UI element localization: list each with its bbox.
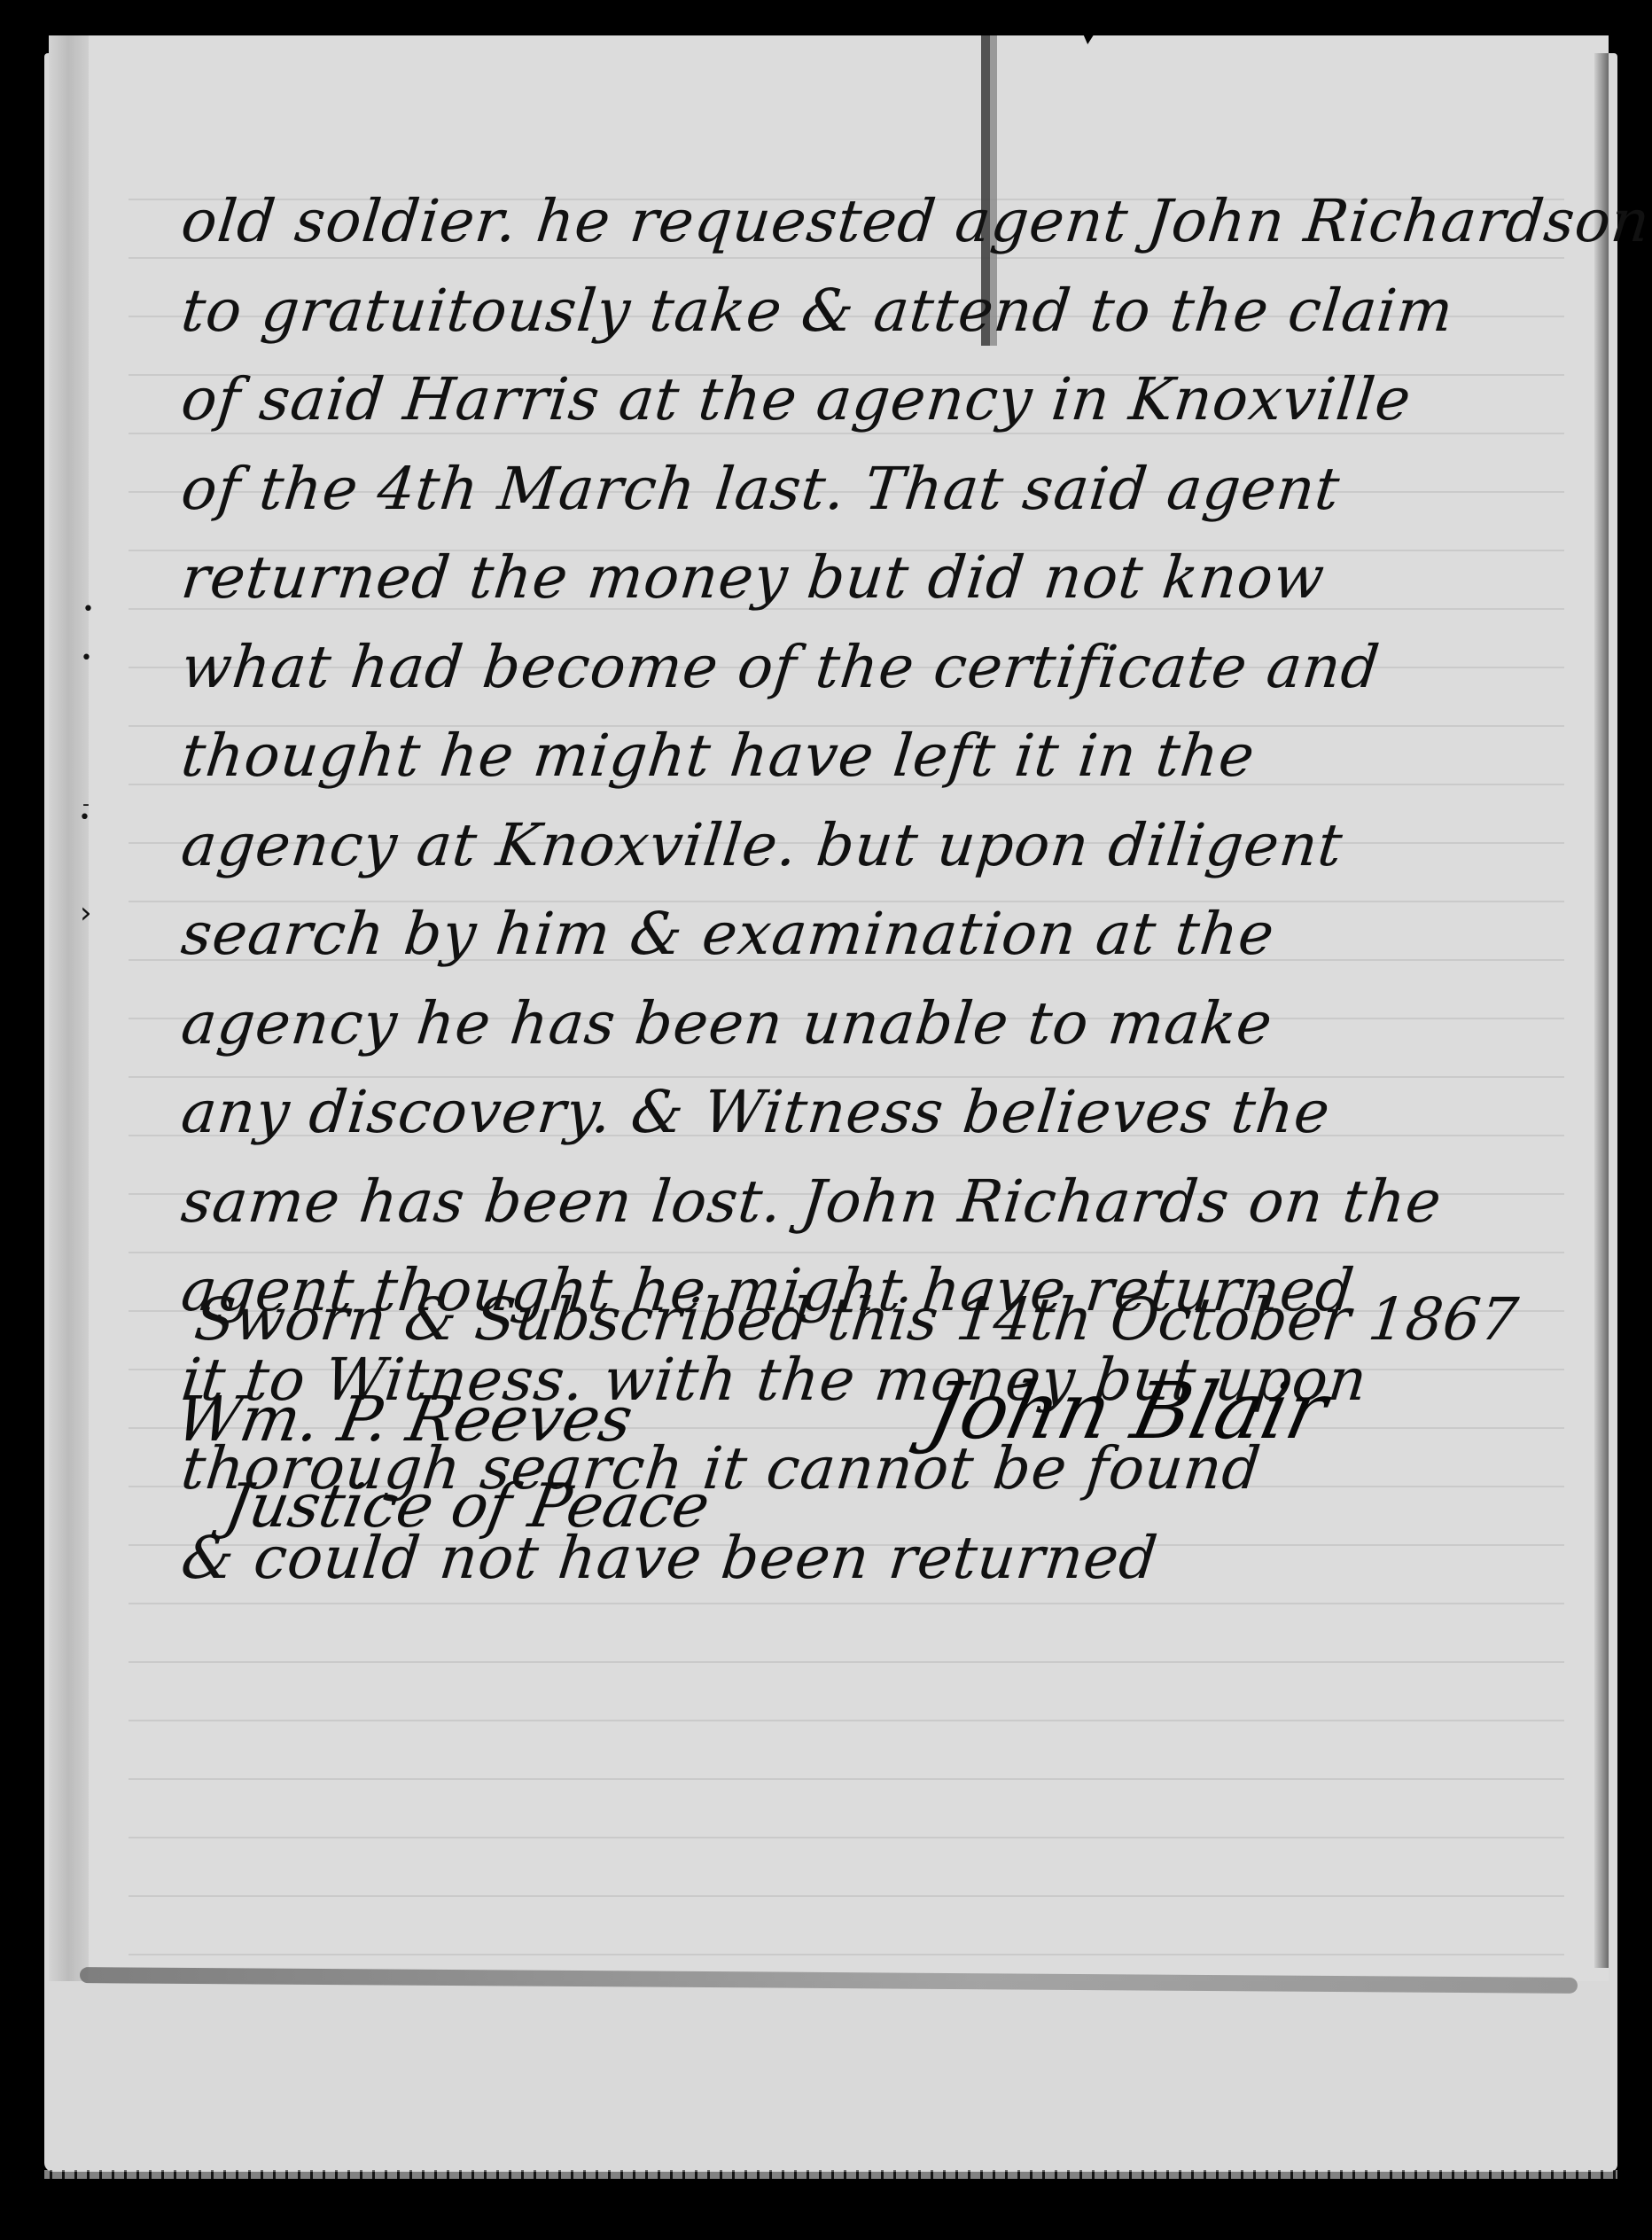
jurat-line: Sworn & Subscribed this 14th October 186…	[191, 1285, 1521, 1354]
justice-title: Justice of Peace	[220, 1471, 714, 1541]
body-line: search by him & examination at the	[177, 890, 1570, 980]
body-line: any discovery. & Witness believes the	[177, 1068, 1570, 1158]
page-fold-shadow	[49, 35, 89, 1981]
body-line: of said Harris at the agency in Knoxvill…	[177, 355, 1570, 445]
body-line: agency at Knoxville. but upon diligent	[177, 801, 1570, 891]
margin-dot: •	[81, 647, 92, 669]
body-line: to gratuitously take & attend to the cla…	[177, 267, 1570, 356]
page-right-edge	[1594, 53, 1609, 1968]
body-line: returned the money but did not know	[177, 534, 1570, 623]
margin-dot: •	[82, 598, 94, 620]
body-line: old soldier. he requested agent John Ric…	[177, 177, 1570, 267]
affiant-signature: John Blair	[921, 1365, 1335, 1456]
body-line: of the 4th March last. That said agent	[177, 445, 1570, 535]
margin-mark: ›	[80, 895, 92, 931]
margin-dot: •	[79, 807, 90, 829]
body-line: same has been lost. John Richards on the	[177, 1158, 1570, 1247]
body-line: thought he might have left it in the	[177, 712, 1570, 801]
body-line: what had become of the certificate and	[177, 623, 1570, 713]
justice-signature: Wm. P. Reeves	[171, 1383, 638, 1456]
body-line: agency he has been unable to make	[177, 980, 1570, 1069]
